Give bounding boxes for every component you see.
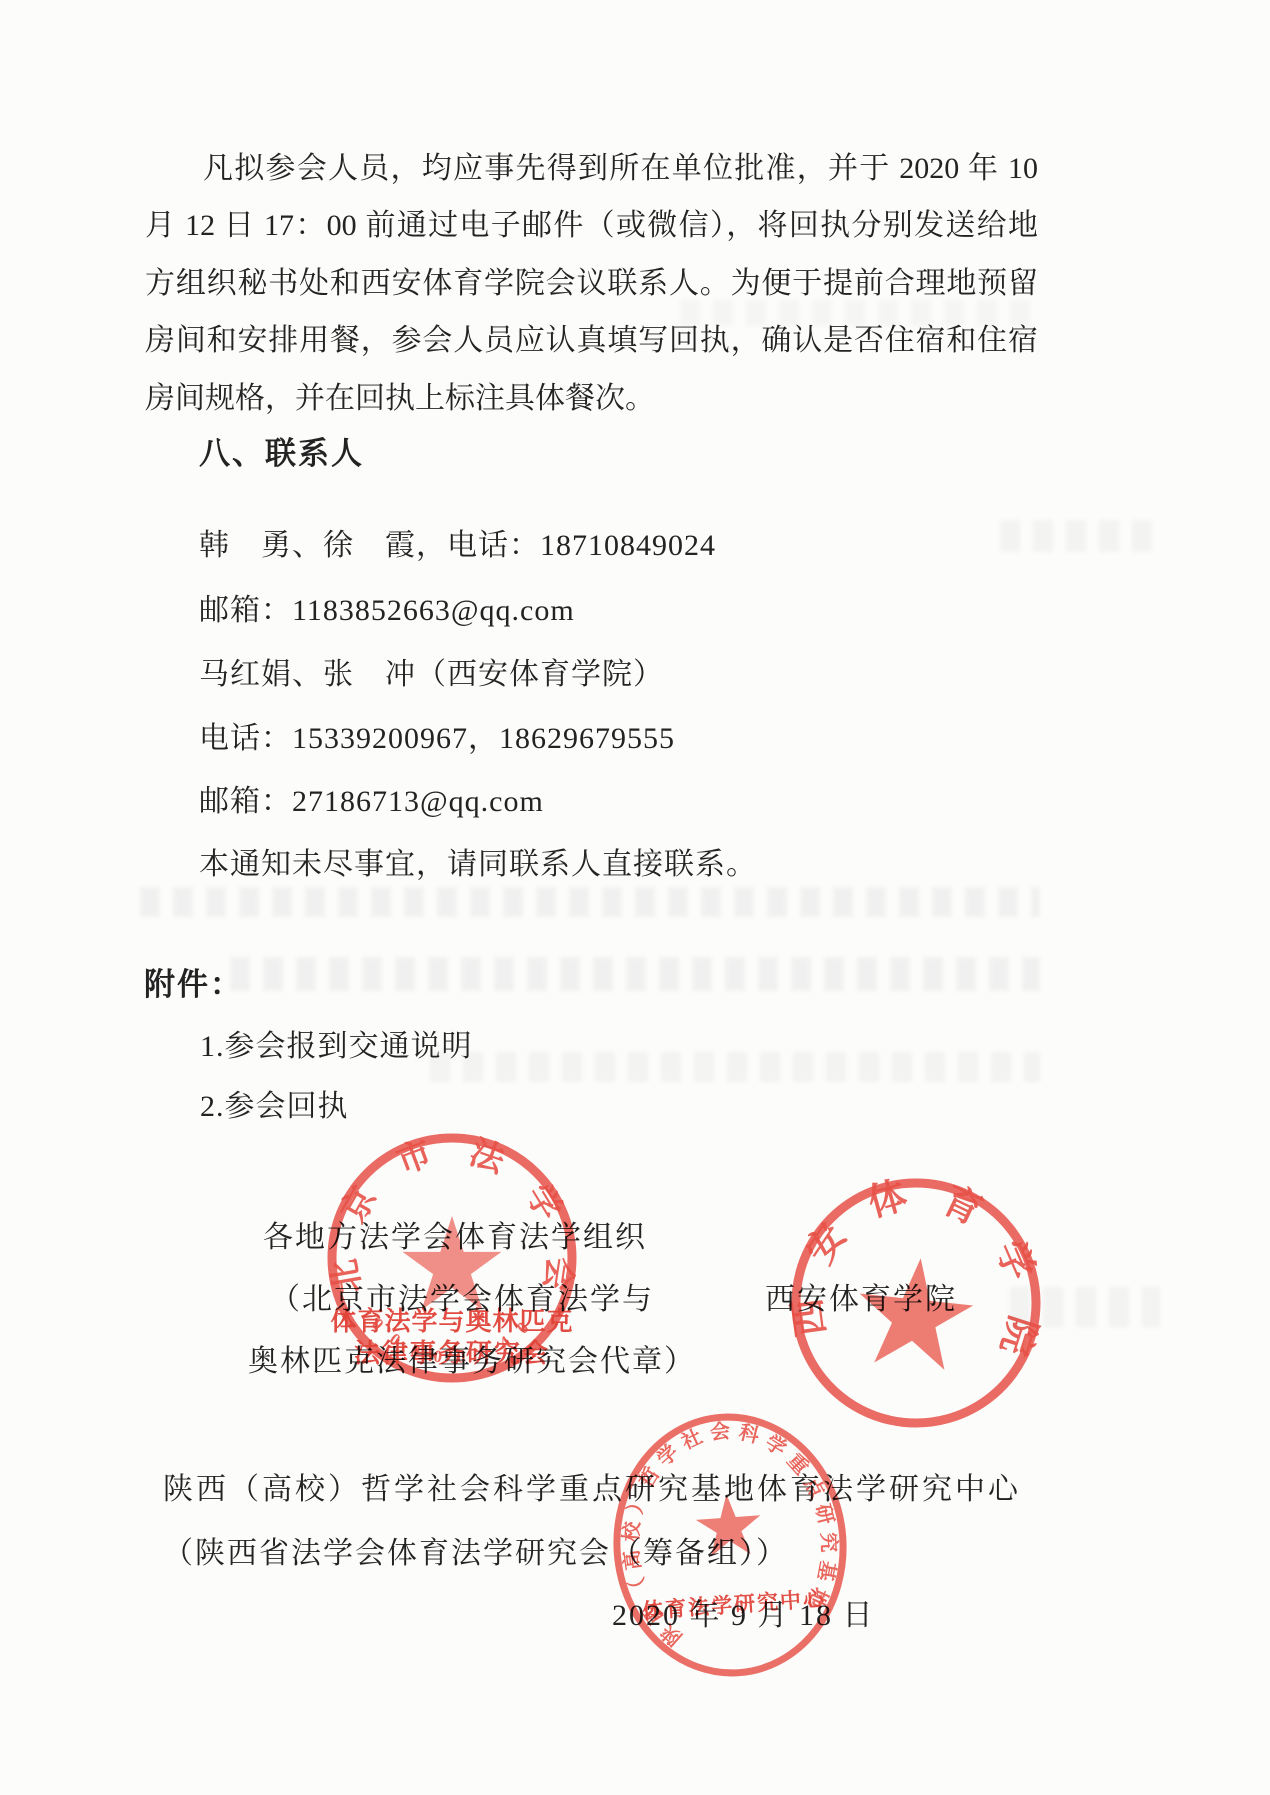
signer-org-left: 奥林匹克法律事务研究会代章） xyxy=(248,1341,696,1383)
document-date: 2020 年 9 月 18 日 xyxy=(612,1595,875,1637)
seal-ring-text: 北京市法学会 xyxy=(326,1133,579,1296)
attachment-item: 2.参会回执 xyxy=(200,1086,349,1128)
bleedthrough-artifact xyxy=(430,1052,1040,1082)
document-page: 凡拟参会人员，均应事先得到所在单位批准，并于 2020 年 10 月 12 日 … xyxy=(0,0,1270,1795)
contact-email: 邮箱：27186713@qq.com xyxy=(199,781,544,823)
bleedthrough-artifact xyxy=(140,887,1040,917)
contact-line: 马红娟、张 冲（西安体育学院） xyxy=(199,654,664,696)
attachment-item: 1.参会报到交通说明 xyxy=(200,1026,473,1068)
paragraph-line: 房间规格，并在回执上标注具体餐次。 xyxy=(145,378,1038,420)
signer-org-left: （北京市法学会体育法学与 xyxy=(270,1279,654,1321)
attachments-label: 附件： xyxy=(144,964,243,1006)
paragraph-line: 房间和安排用餐，参会人员应认真填写回执，确认是否住宿和住宿 xyxy=(145,320,1038,362)
paragraph-line: 凡拟参会人员，均应事先得到所在单位批准，并于 2020 年 10 xyxy=(145,148,1038,190)
signer-org-bottom: （陕西省法学会体育法学研究会（筹备组）） xyxy=(163,1533,788,1575)
seal-ring-text: 西安体育学院 xyxy=(783,1163,1058,1364)
bleedthrough-artifact xyxy=(1010,1287,1160,1327)
bleedthrough-artifact xyxy=(230,957,1040,991)
signer-org-bottom: 陕西（高校）哲学社会科学重点研究基地体育法学研究中心 xyxy=(163,1469,1021,1511)
paragraph-line: 月 12 日 17：00 前通过电子邮件（或微信），将回执分别发送给地 xyxy=(145,205,1038,247)
paragraph-line: 方组织秘书处和西安体育学院会议联系人。为便于提前合理地预留 xyxy=(145,263,1038,305)
signer-org-right: 西安体育学院 xyxy=(765,1279,957,1321)
bleedthrough-artifact xyxy=(1000,520,1160,552)
contact-line: 韩 勇、徐 霞，电话：18710849024 xyxy=(199,525,716,567)
closing-note: 本通知未尽事宜，请同联系人直接联系。 xyxy=(199,844,757,886)
section-heading-contacts: 八、联系人 xyxy=(199,433,364,475)
contact-email: 邮箱：1183852663@qq.com xyxy=(199,590,575,632)
signer-org-left: 各地方法学会体育法学组织 xyxy=(263,1217,647,1259)
contact-phone: 电话：15339200967，18629679555 xyxy=(199,718,675,760)
